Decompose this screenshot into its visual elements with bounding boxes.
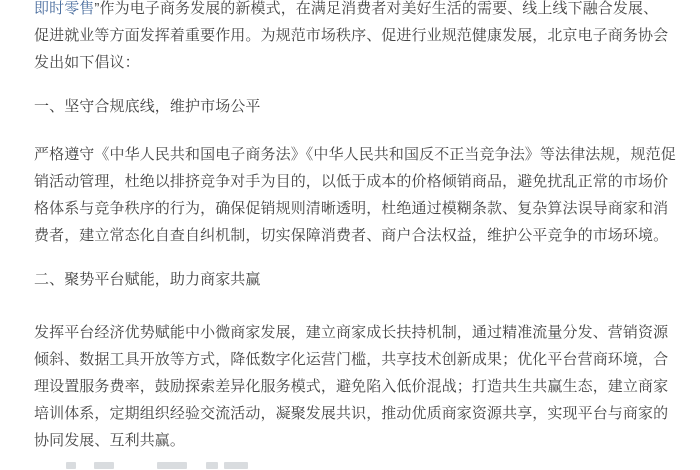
paragraph-section-2-line-4: 培训体系，定期组织经验交流活动，凝聚发展共识，推动优质商家资源共享，实现平台与商… [34,400,678,427]
paragraph-section-2-line-1: 发挥平台经济优势赋能中小微商家发展，建立商家成长扶持机制，通过精准流量分发、营销… [34,319,678,346]
paragraph-section-2-line-3: 理设置服务费率，鼓励探索差异化服务模式，避免陷入低价混战；打造共生共赢生态，建立… [34,373,678,400]
clipped-glyph-fragment [157,462,187,469]
paragraph-intro-line-1: 即时零售”作为电子商务发展的新模式，在满足消费者对美好生活的需要、线上线下融合发… [34,0,678,22]
paragraph-intro-line-2: 促进就业等方面发挥着重要作用。为规范市场秩序、促进行业规范健康发展，北京电子商务… [34,22,678,49]
article-document: 即时零售”作为电子商务发展的新模式，在满足消费者对美好生活的需要、线上线下融合发… [0,0,700,470]
clipped-glyph-fragment [66,462,76,469]
paragraph-section-1: 严格遵守《中华人民共和国电子商务法》《中华人民共和国反不正当竞争法》等法律法规，… [34,141,678,249]
paragraph-section-2-line-5: 协同发展、互利共赢。 [34,427,678,454]
paragraph-section-1-line-2: 销活动管理，杜绝以排挤竞争对手为目的，以低于成本的价格倾销商品，避免扰乱正常的市… [34,168,678,195]
section-heading-1: 一、坚守合规底线，维护市场公平 [34,93,678,120]
clipped-glyph-fragment [94,462,114,469]
paragraph-section-2: 发挥平台经济优势赋能中小微商家发展，建立商家成长扶持机制，通过精准流量分发、营销… [34,319,678,454]
paragraph-intro-line-3: 发出如下倡议： [34,49,678,76]
keyword-link-instant-retail[interactable]: 即时零售 [34,0,94,17]
clipped-glyph-fragment [224,462,248,469]
paragraph-section-1-line-3: 格体系与竞争秩序的行为，确保促销规则清晰透明，杜绝通过模糊条款、复杂算法误导商家… [34,195,678,222]
clipped-glyph-fragment [206,462,218,469]
paragraph-section-1-line-1: 严格遵守《中华人民共和国电子商务法》《中华人民共和国反不正当竞争法》等法律法规，… [34,141,678,168]
paragraph-section-1-line-4: 费者，建立常态化自查自纠机制，切实保障消费者、商户合法权益，维护公平竞争的市场环… [34,222,678,249]
paragraph-section-2-line-2: 倾斜、数据工具开放等方式，降低数字化运营门槛，共享技术创新成果；优化平台营商环境… [34,346,678,373]
section-heading-2: 二、聚势平台赋能，助力商家共赢 [34,266,678,293]
paragraph-intro: 即时零售”作为电子商务发展的新模式，在满足消费者对美好生活的需要、线上线下融合发… [34,0,678,76]
paragraph-intro-line-1-text: ”作为电子商务发展的新模式，在满足消费者对美好生活的需要、线上线下融合发展、 [94,0,658,17]
